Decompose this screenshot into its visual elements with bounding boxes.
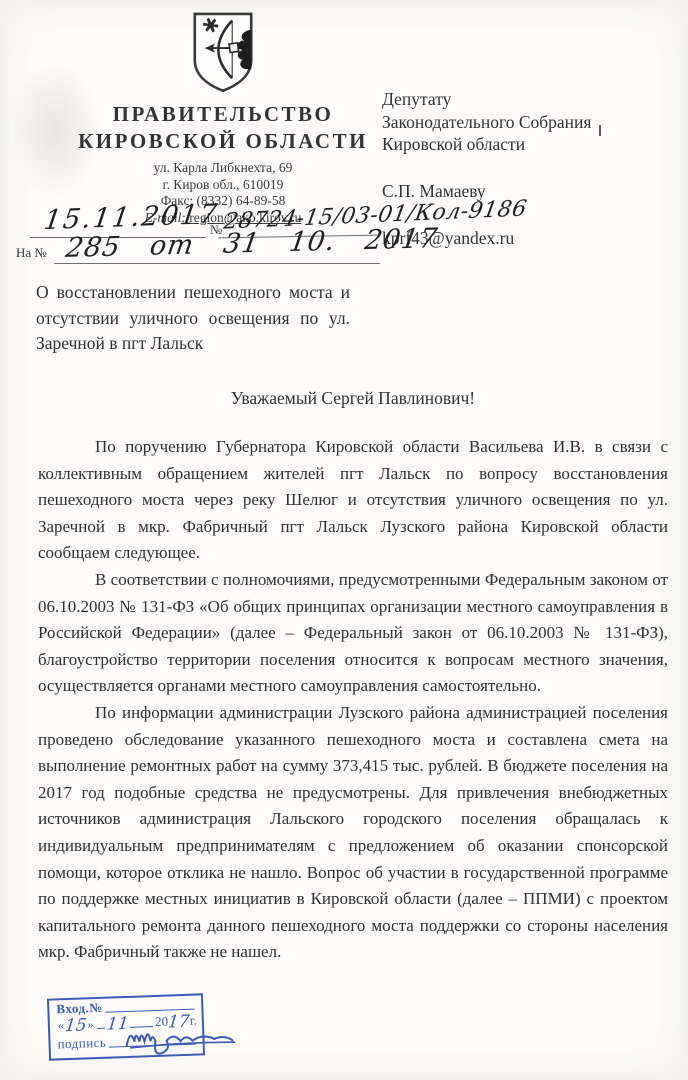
stamp-signature-label: подпись xyxy=(57,1035,106,1053)
address-street: ул. Карла Либкнехта, 69 xyxy=(26,160,420,177)
letter-subject: О восстановлении пешеходного моста и отс… xyxy=(36,280,350,357)
signature-icon xyxy=(122,1019,273,1064)
address-city: г. Киров обл., 610019 xyxy=(26,177,420,194)
incoming-registration-stamp: Вход.№ « 15 » 11 20 17 г. подпись xyxy=(47,993,205,1060)
body-paragraph: По информации администрации Лузского рай… xyxy=(38,700,668,966)
recipient-line: Депутату xyxy=(382,88,672,111)
scanned-letter-page: ПРАВИТЕЛЬСТВО КИРОВСКОЙ ОБЛАСТИ ул. Карл… xyxy=(0,0,688,1080)
org-name-line2: КИРОВСКОЙ ОБЛАСТИ xyxy=(26,129,420,153)
stamp-date-blank xyxy=(97,1028,105,1029)
kirov-coat-of-arms-icon xyxy=(190,10,256,94)
letter-body: Уважаемый Сергей Павлинович! По поручени… xyxy=(38,388,668,966)
stamp-day-handwritten: 15 xyxy=(64,1018,87,1033)
recipient-line: Кировской области xyxy=(382,133,672,156)
letterhead: ПРАВИТЕЛЬСТВО КИРОВСКОЙ ОБЛАСТИ ул. Карл… xyxy=(26,10,420,226)
body-paragraph: По поручению Губернатора Кировской облас… xyxy=(38,434,668,567)
body-paragraph: В соответствии с полномочиями, предусмот… xyxy=(38,567,668,700)
reply-to-label: На № xyxy=(16,245,47,261)
reply-underline xyxy=(54,263,380,264)
stamp-close-quote: » xyxy=(86,1017,95,1032)
recipient-line: Законодательного Собрания xyxy=(382,111,672,134)
salutation: Уважаемый Сергей Павлинович! xyxy=(38,388,668,409)
org-name-line1: ПРАВИТЕЛЬСТВО xyxy=(26,102,420,126)
